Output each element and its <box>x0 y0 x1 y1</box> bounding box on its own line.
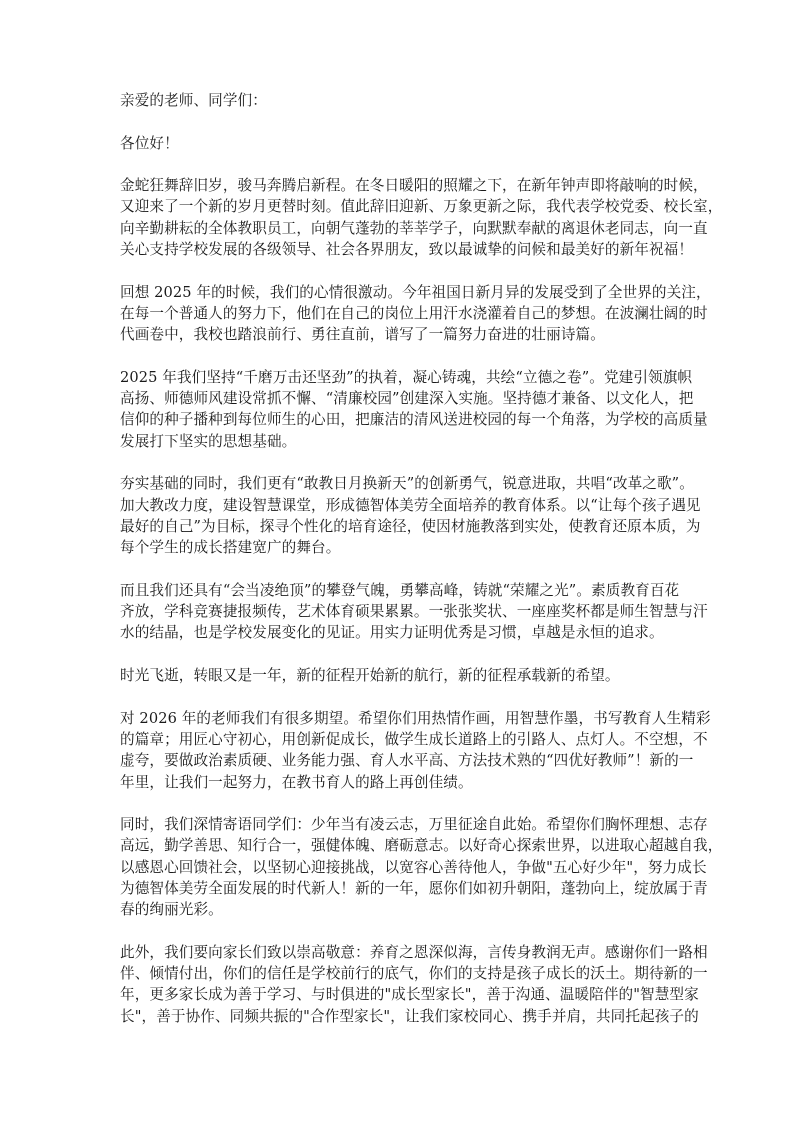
salutation: 亲爱的老师、同学们： <box>120 90 680 111</box>
paragraph-party-building: 2025 年我们坚持“千磨万击还坚劲”的执着，凝心铸魂，共绘“立德之卷”。党建引… <box>120 367 680 452</box>
text-line: 各位好！ <box>120 133 680 154</box>
text-line: 为德智体美劳全面发展的时代新人！新的一年，愿你们如初升朝阳，蓬勃向上，绽放属于青 <box>120 878 680 899</box>
text-line: 金蛇狂舞辞旧岁，骏马奔腾启新程。在冬日暖阳的照耀之下，在新年钟声即将敲响的时候， <box>120 175 680 196</box>
text-line: 每个学生的成长搭建宽广的舞台。 <box>120 537 680 558</box>
text-line: 齐放，学科竞赛捷报频传，艺术体育硕果累累。一张张奖状、一座座奖杯都是师生智慧与汗 <box>120 601 680 622</box>
text-line: 水的结晶，也是学校发展变化的见证。用实力证明优秀是习惯，卓越是永恒的追求。 <box>120 622 680 643</box>
text-line: 年，更多家长成为善于学习、与时俱进的"成长型家长"，善于沟通、温暖陪伴的"智慧型… <box>120 984 680 1005</box>
text-line: 时光飞逝，转眼又是一年，新的征程开始新的航行，新的征程承载新的希望。 <box>120 665 680 686</box>
text-line: 向辛勤耕耘的全体教职员工，向朝气蓬勃的莘莘学子，向默默奉献的离退休老同志，向一直 <box>120 218 680 239</box>
greeting: 各位好！ <box>120 133 680 154</box>
paragraph-teachers-2026: 对 2026 年的老师我们有很多期望。希望你们用热情作画，用智慧作墨，书写教育人… <box>120 708 680 793</box>
paragraph-parents: 此外，我们要向家长们致以崇高敬意：养育之恩深似海，言传身教润无声。感谢你们一路相… <box>120 942 680 1027</box>
text-line: 长"，善于协作、同频共振的"合作型家长"，让我们家校同心、携手并肩，共同托起孩子… <box>120 1006 680 1027</box>
document-page: 亲爱的老师、同学们： 各位好！ 金蛇狂舞辞旧岁，骏马奔腾启新程。在冬日暖阳的照耀… <box>120 90 680 1048</box>
text-line: 对 2026 年的老师我们有很多期望。希望你们用热情作画，用智慧作墨，书写教育人… <box>120 708 680 729</box>
text-line: 最好的自己”为目标，探寻个性化的培育途径，使因材施教落到实处，使教育还原本质，为 <box>120 516 680 537</box>
text-line: 又迎来了一个新的岁月更替时刻。值此辞旧迎新、万象更新之际，我代表学校党委、校长室… <box>120 196 680 217</box>
text-line: 伴、倾情付出，你们的信任是学校前行的底气，你们的支持是孩子成长的沃土。期待新的一 <box>120 963 680 984</box>
text-line: 而且我们还具有“会当凌绝顶”的攀登气魄，勇攀高峰，铸就“荣耀之光”。素质教育百花 <box>120 580 680 601</box>
text-line: 回想 2025 年的时候，我们的心情很激动。今年祖国日新月异的发展受到了全世界的… <box>120 282 680 303</box>
text-line: 同时，我们深情寄语同学们：少年当有凌云志，万里征途自此始。希望你们胸怀理想、志存 <box>120 814 680 835</box>
text-line: 在每一个普通人的努力下，他们在自己的岗位上用汗水浇灌着自己的梦想。在波澜壮阔的时 <box>120 303 680 324</box>
text-line: 加大教改力度，建设智慧课堂，形成德智体美劳全面培养的教育体系。以“让每个孩子遇见 <box>120 495 680 516</box>
paragraph-new-year-wishes: 金蛇狂舞辞旧岁，骏马奔腾启新程。在冬日暖阳的照耀之下，在新年钟声即将敲响的时候，… <box>120 175 680 260</box>
paragraph-achievements: 而且我们还具有“会当凌绝顶”的攀登气魄，勇攀高峰，铸就“荣耀之光”。素质教育百花… <box>120 580 680 644</box>
text-line: 夯实基础的同时，我们更有“敢教日月换新天”的创新勇气，锐意进取，共唱“改革之歌”… <box>120 473 680 494</box>
text-line: 代画卷中，我校也踏浪前行、勇往直前，谱写了一篇努力奋进的壮丽诗篇。 <box>120 324 680 345</box>
text-line: 2025 年我们坚持“千磨万击还坚劲”的执着，凝心铸魂，共绘“立德之卷”。党建引… <box>120 367 680 388</box>
paragraph-education-reform: 夯实基础的同时，我们更有“敢教日月换新天”的创新勇气，锐意进取，共唱“改革之歌”… <box>120 473 680 558</box>
text-line: 以感恩心回馈社会，以坚韧心迎接挑战，以宽容心善待他人，争做"五心好少年"，努力成… <box>120 857 680 878</box>
text-line: 关心支持学校发展的各级领导、社会各界朋友，致以最诚挚的问候和最美好的新年祝福！ <box>120 239 680 260</box>
paragraph-students: 同时，我们深情寄语同学们：少年当有凌云志，万里征途自此始。希望你们胸怀理想、志存… <box>120 814 680 920</box>
text-line: 亲爱的老师、同学们： <box>120 90 680 111</box>
text-line: 年里，让我们一起努力，在教书育人的路上再创佳绩。 <box>120 772 680 793</box>
paragraph-time-flies: 时光飞逝，转眼又是一年，新的征程开始新的航行，新的征程承载新的希望。 <box>120 665 680 686</box>
text-line: 春的绚丽光彩。 <box>120 899 680 920</box>
text-line: 此外，我们要向家长们致以崇高敬意：养育之恩深似海，言传身教润无声。感谢你们一路相 <box>120 942 680 963</box>
paragraph-recall-2025: 回想 2025 年的时候，我们的心情很激动。今年祖国日新月异的发展受到了全世界的… <box>120 282 680 346</box>
text-line: 高扬、师德师风建设常抓不懈、“清廉校园”创建深入实施。坚持德才兼备、以文化人，把 <box>120 388 680 409</box>
text-line: 发展打下坚实的思想基础。 <box>120 431 680 452</box>
text-line: 高远，勤学善思、知行合一，强健体魄、磨砺意志。以好奇心探索世界，以进取心超越自我… <box>120 835 680 856</box>
text-line: 信仰的种子播种到每位师生的心田，把廉洁的清风送进校园的每一个角落，为学校的高质量 <box>120 409 680 430</box>
text-line: 的篇章；用匠心守初心，用创新促成长，做学生成长道路上的引路人、点灯人。不空想，不 <box>120 729 680 750</box>
text-line: 虚夸，要做政治素质硬、业务能力强、育人水平高、方法技术熟的“四优好教师”！新的一 <box>120 750 680 771</box>
